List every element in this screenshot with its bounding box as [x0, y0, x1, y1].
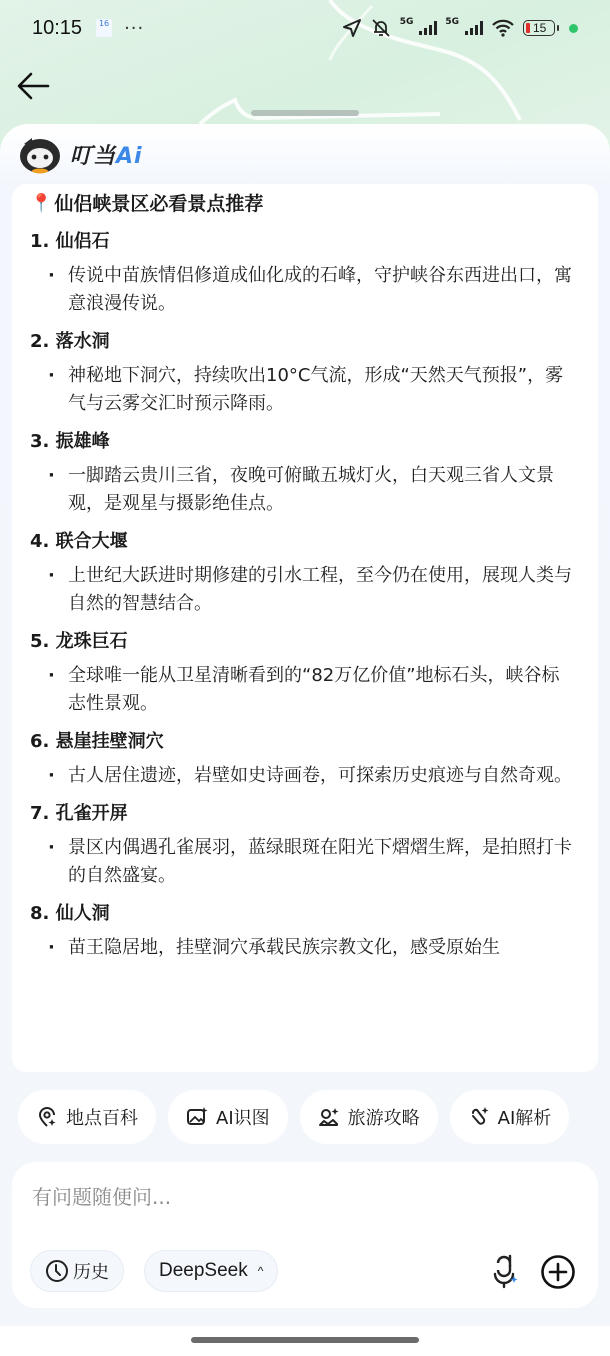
- link-sparkle-icon: [468, 1106, 490, 1128]
- quick-actions: 地点百科 AI识图 旅游攻略 AI解析: [18, 1090, 569, 1144]
- composer: 历史 DeepSeek ^: [12, 1162, 598, 1308]
- privacy-indicator-dot: [569, 24, 578, 33]
- history-button[interactable]: 历史: [30, 1250, 124, 1292]
- answer-card: 📍 仙侣峡景区必看景点推荐 1. 仙侣石 传说中苗族情侣修道成仙化成的石峰，守护…: [12, 184, 598, 1072]
- brand-name: 叮当Ai: [70, 139, 143, 170]
- travel-guide-button[interactable]: 旅游攻略: [300, 1090, 438, 1144]
- item-description: 传说中苗族情侣修道成仙化成的石峰，守护峡谷东西进出口，寓意浪漫传说。: [30, 262, 580, 318]
- signal-strength-icon: [419, 21, 437, 35]
- back-button[interactable]: [14, 66, 54, 106]
- add-attachment-button[interactable]: [540, 1254, 576, 1290]
- more-notifications-icon: ···: [124, 18, 144, 39]
- location-wiki-button[interactable]: 地点百科: [18, 1090, 156, 1144]
- item-heading: 8. 仙人洞: [30, 900, 580, 928]
- clock-icon: [45, 1259, 69, 1283]
- image-sparkle-icon: [186, 1106, 208, 1128]
- plus-circle-icon: [540, 1254, 576, 1290]
- voice-input-button[interactable]: [490, 1254, 522, 1290]
- item-heading: 5. 龙珠巨石: [30, 628, 580, 656]
- calendar-notification-icon: 16: [96, 19, 112, 37]
- item-description: 上世纪大跃进时期修建的引水工程，至今仍在使用，展现人类与自然的智慧结合。: [30, 562, 580, 618]
- map-sparkle-icon: [318, 1106, 340, 1128]
- mic-sparkle-icon: [490, 1254, 522, 1290]
- wifi-icon: [491, 19, 515, 37]
- item-description: 古人居住遗迹，岩壁如史诗画卷，可探索历史痕迹与自然奇观。: [30, 762, 580, 790]
- location-sparkle-icon: [36, 1106, 58, 1128]
- network-type-1: 5G: [400, 17, 414, 27]
- item-description: 景区内偶遇孔雀展羽，蓝绿眼斑在阳光下熠熠生辉，是拍照打卡的自然盛宴。: [30, 834, 580, 890]
- item-heading: 1. 仙侣石: [30, 228, 580, 256]
- mute-bell-icon: [370, 18, 392, 38]
- penguin-mascot-icon: [18, 134, 62, 174]
- location-arrow-icon: [342, 18, 362, 38]
- home-indicator[interactable]: [191, 1337, 419, 1343]
- status-bar: 10:15 16 ··· 5G 5G 15: [0, 0, 610, 56]
- item-heading: 4. 联合大堰: [30, 528, 580, 556]
- item-heading: 3. 振雄峰: [30, 428, 580, 456]
- item-description: 神秘地下洞穴，持续吹出10°C气流，形成“天然天气预报”，雾气与云雾交汇时预示降…: [30, 362, 580, 418]
- item-description: 苗王隐居地，挂壁洞穴承载民族宗教文化，感受原始生: [30, 934, 580, 962]
- sheet-drag-handle[interactable]: [251, 110, 359, 116]
- item-description: 全球唯一能从卫星清晰看到的“82万亿价值”地标石头，峡谷标志性景观。: [30, 662, 580, 718]
- signal-strength-icon-2: [465, 21, 483, 35]
- question-input[interactable]: [30, 1178, 574, 1216]
- brand-logo: 叮当Ai: [18, 132, 143, 176]
- model-name: DeepSeek: [159, 1260, 248, 1282]
- item-heading: 6. 悬崖挂壁洞穴: [30, 728, 580, 756]
- ai-analysis-button[interactable]: AI解析: [450, 1090, 570, 1144]
- battery-level: 15: [533, 21, 546, 35]
- network-type-2: 5G: [445, 17, 459, 27]
- pin-icon: 📍: [30, 190, 52, 218]
- ai-image-recognition-button[interactable]: AI识图: [168, 1090, 288, 1144]
- status-time: 10:15: [32, 17, 82, 40]
- item-heading: 7. 孔雀开屏: [30, 800, 580, 828]
- article-title: 📍 仙侣峡景区必看景点推荐: [30, 190, 580, 218]
- battery-icon: 15: [523, 20, 555, 36]
- chevron-up-icon: ^: [258, 1264, 264, 1278]
- back-arrow-icon: [14, 66, 54, 106]
- item-description: 一脚踏云贵川三省，夜晚可俯瞰五城灯火，白天观三省人文景观，是观星与摄影绝佳点。: [30, 462, 580, 518]
- model-selector[interactable]: DeepSeek ^: [144, 1250, 278, 1292]
- item-heading: 2. 落水洞: [30, 328, 580, 356]
